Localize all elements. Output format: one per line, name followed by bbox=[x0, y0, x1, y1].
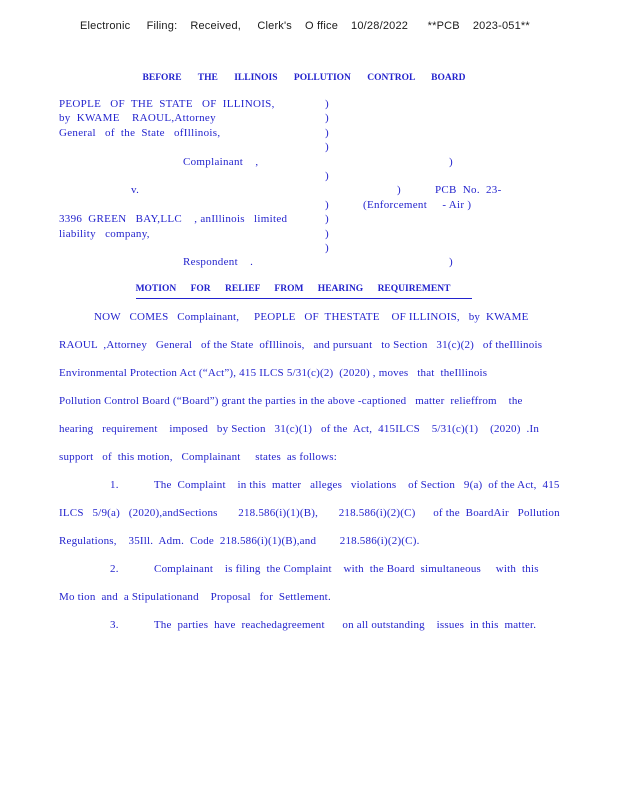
body-line: hearing requirement imposed by Section 3… bbox=[59, 415, 559, 443]
caption-paren: ) bbox=[325, 126, 363, 140]
caption-party-text: by KWAME RAOUL,Attorney bbox=[59, 111, 325, 125]
respondent-name: 3396 GREEN BAY,LLC , anIllinois limited bbox=[59, 212, 325, 226]
caption-paren: ) bbox=[325, 169, 363, 183]
body-line-numbered: 3. The parties have reachedagreement on … bbox=[59, 611, 559, 639]
caption-party-text bbox=[59, 198, 325, 212]
caption-party-text: General of the State ofIllinois, bbox=[59, 126, 325, 140]
caption-row: PEOPLE OF THE STATE OF ILLINOIS, ) bbox=[59, 97, 559, 111]
caption-row: General of the State ofIllinois, ) bbox=[59, 126, 559, 140]
caption-paren: ) bbox=[325, 111, 363, 125]
caption-case-info bbox=[487, 155, 559, 169]
caption-case-info bbox=[363, 111, 559, 125]
body-line: ILCS 5/9(a) (2020),andSections 218.586(i… bbox=[59, 499, 559, 527]
caption-case-info bbox=[487, 255, 559, 269]
caption-party-text: PEOPLE OF THE STATE OF ILLINOIS, bbox=[59, 97, 325, 111]
body-line: Pollution Control Board (“Board”) grant … bbox=[59, 387, 559, 415]
caption-case-info bbox=[363, 227, 559, 241]
caption-party-text bbox=[59, 169, 325, 183]
caption-row: ) bbox=[59, 140, 559, 154]
body-line: NOW COMES Complainant, PEOPLE OF THESTAT… bbox=[59, 303, 559, 331]
caption-case-info bbox=[363, 97, 559, 111]
motion-heading-row: MOTION FOR RELIEF FROM HEARING REQUIREME… bbox=[59, 280, 549, 299]
case-number: PCB No. 23- bbox=[435, 183, 559, 197]
caption-party-text bbox=[59, 140, 325, 154]
caption-paren: ) bbox=[325, 212, 363, 226]
caption-case-info bbox=[363, 169, 559, 183]
case-type: (Enforcement - Air ) bbox=[363, 198, 559, 212]
caption-row: ) bbox=[59, 169, 559, 183]
caption-case-info bbox=[363, 212, 559, 226]
motion-body: NOW COMES Complainant, PEOPLE OF THESTAT… bbox=[59, 303, 559, 639]
respondent-designation: Respondent . bbox=[59, 255, 449, 269]
caption-row: ) bbox=[59, 241, 559, 255]
caption-paren: ) bbox=[325, 198, 363, 212]
caption-case-info bbox=[363, 126, 559, 140]
caption-paren: ) bbox=[325, 227, 363, 241]
caption-paren: ) bbox=[397, 183, 435, 197]
body-line-numbered: 1. The Complaint in this matter alleges … bbox=[59, 471, 559, 499]
court-title: BEFORE THE ILLINOIS POLLUTION CONTROL BO… bbox=[59, 72, 549, 85]
caption-paren: ) bbox=[325, 97, 363, 111]
motion-heading: MOTION FOR RELIEF FROM HEARING REQUIREME… bbox=[136, 283, 473, 299]
caption-row: Complainant , ) bbox=[59, 155, 559, 169]
caption-row: liability company, ) bbox=[59, 227, 559, 241]
body-line-numbered: 2. Complainant is filing the Complaint w… bbox=[59, 555, 559, 583]
body-line: Environmental Protection Act (“Act”), 41… bbox=[59, 359, 559, 387]
body-line: RAOUL ,Attorney General of the State ofI… bbox=[59, 331, 559, 359]
caption-case-info bbox=[363, 241, 559, 255]
caption-case-info bbox=[363, 140, 559, 154]
caption-row: v. ) PCB No. 23- bbox=[59, 183, 559, 197]
caption-paren: ) bbox=[449, 255, 487, 269]
caption-party-text: liability company, bbox=[59, 227, 325, 241]
body-line: support of this motion, Complainant stat… bbox=[59, 443, 559, 471]
caption-paren: ) bbox=[449, 155, 487, 169]
caption-row: ) (Enforcement - Air ) bbox=[59, 198, 559, 212]
caption-row: by KWAME RAOUL,Attorney ) bbox=[59, 111, 559, 125]
document-page: Electronic Filing: Received, Clerk's O f… bbox=[0, 0, 618, 800]
caption-paren: ) bbox=[325, 241, 363, 255]
complainant-designation: Complainant , bbox=[59, 155, 449, 169]
case-caption: PEOPLE OF THE STATE OF ILLINOIS, ) by KW… bbox=[59, 97, 559, 270]
electronic-filing-stamp: Electronic Filing: Received, Clerk's O f… bbox=[80, 19, 530, 33]
versus-marker: v. bbox=[59, 183, 397, 197]
caption-party-text bbox=[59, 241, 325, 255]
caption-row: Respondent . ) bbox=[59, 255, 559, 269]
caption-paren: ) bbox=[325, 140, 363, 154]
body-line: Mo tion and a Stipulationand Proposal fo… bbox=[59, 583, 559, 611]
caption-row: 3396 GREEN BAY,LLC , anIllinois limited … bbox=[59, 212, 559, 226]
body-line: Regulations, 35Ill. Adm. Code 218.586(i)… bbox=[59, 527, 559, 555]
